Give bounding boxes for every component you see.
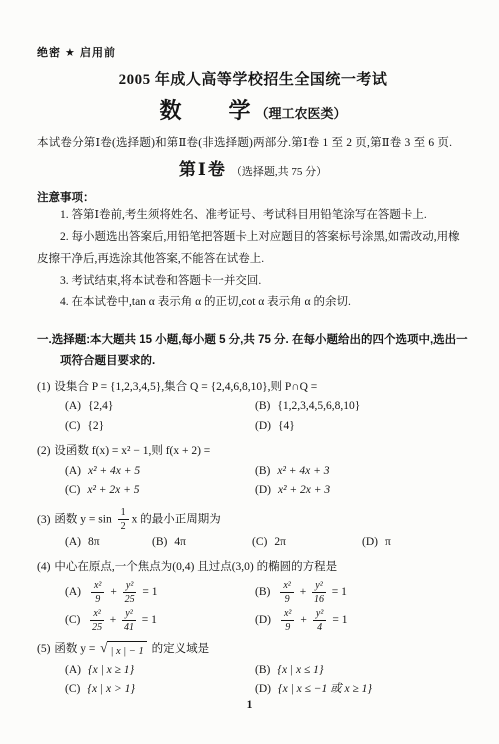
option-label: (C): [65, 611, 80, 631]
square-root: √| x | − 1: [100, 641, 146, 661]
question-5-options-row-1: (A) {x | x ≥ 1} (B) {x | x ≤ 1}: [37, 661, 469, 681]
question-1-stem: (1)设集合 P = {1,2,3,4,5},集合 Q = {2,4,6,8,1…: [37, 378, 469, 398]
equals-one: = 1: [332, 583, 347, 603]
option-b: (B) x² + 4x + 3: [255, 462, 469, 482]
option-c: (C) x²25 + y²41 = 1: [65, 608, 255, 634]
paper-structure-note: 本试卷分第Ⅰ卷(选择题)和第Ⅱ卷(非选择题)两部分.第Ⅰ卷 1 至 2 页,第Ⅱ…: [37, 134, 469, 150]
equals-one: = 1: [142, 611, 157, 631]
volume-subtitle: （选择题,共 75 分）: [231, 166, 327, 178]
question-text-post: x 的最小正周期为: [132, 514, 221, 526]
option-text: {1,2,3,4,5,6,8,10}: [277, 397, 360, 417]
fraction-numerator: y²: [123, 580, 136, 594]
subject-category: （理工农医类）: [256, 106, 347, 121]
question-text: 设函数 f(x) = x² − 1,则 f(x + 2) =: [54, 445, 210, 457]
volume-title: 第Ⅰ卷: [179, 160, 227, 179]
option-a: (A) x²9 + y²25 = 1: [65, 580, 255, 606]
fraction-denominator: 9: [280, 593, 293, 606]
question-text-post: 的定义域是: [152, 643, 210, 655]
question-4-options-row-1: (A) x²9 + y²25 = 1 (B) x²9 + y²16 = 1: [37, 580, 469, 606]
equals-one: = 1: [142, 583, 157, 603]
fraction-denominator: 41: [122, 621, 135, 634]
subject-line: 数 学 （理工农医类）: [37, 94, 469, 125]
radicand: | x | − 1: [107, 641, 146, 661]
option-b: (B) {1,2,3,4,5,6,8,10}: [255, 397, 469, 417]
fraction-denominator: 4: [313, 621, 326, 634]
option-text: 4π: [174, 533, 186, 553]
classification-banner: 绝密 ★ 启用前: [37, 44, 469, 60]
fraction: x²9: [280, 580, 293, 606]
exam-title: 2005 年成人高等学校招生全国统一考试: [37, 68, 469, 89]
option-label: (D): [255, 417, 271, 437]
question-3-stem: (3)函数 y = sin 12x 的最小正周期为: [37, 507, 469, 533]
question-5-stem: (5)函数 y = √| x | − 1 的定义域是: [37, 640, 469, 661]
question-1: (1)设集合 P = {1,2,3,4,5},集合 Q = {2,4,6,8,1…: [37, 378, 469, 437]
option-b: (B) x²9 + y²16 = 1: [255, 580, 469, 606]
question-4-stem: (4)中心在原点,一个焦点为(0,4) 且过点(3,0) 的椭圆的方程是: [37, 558, 469, 578]
volume-title-line: 第Ⅰ卷 （选择题,共 75 分）: [37, 155, 469, 180]
radical-sign: √: [100, 641, 107, 655]
page-number: 1: [0, 699, 499, 711]
option-text: 2π: [274, 533, 286, 553]
option-text: {2}: [87, 417, 104, 437]
plus-sign: +: [300, 611, 307, 631]
option-text: {2,4}: [88, 397, 113, 417]
fraction: x²25: [90, 608, 103, 634]
option-label: (A): [65, 661, 81, 681]
option-text: x² + 4x + 5: [88, 462, 140, 482]
question-text-pre: 函数 y =: [54, 643, 95, 655]
equals-one: = 1: [332, 611, 347, 631]
plus-sign: +: [300, 583, 307, 603]
option-text: x² + 4x + 3: [277, 462, 329, 482]
option-label: (B): [255, 661, 270, 681]
option-label: (C): [65, 680, 80, 700]
question-text: 中心在原点,一个焦点为(0,4) 且过点(3,0) 的椭圆的方程是: [54, 561, 337, 573]
question-5-options-row-2: (C) {x | x > 1} (D) {x | x ≤ −1 或 x ≥ 1}: [37, 680, 469, 700]
notice-item-4: 4. 在本试卷中,tan α 表示角 α 的正切,cot α 表示角 α 的余切…: [37, 292, 469, 314]
option-text: x² + 2x + 5: [87, 481, 139, 501]
option-a: (A) x² + 4x + 5: [65, 462, 255, 482]
fraction: 12: [118, 507, 129, 533]
option-label: (A): [65, 462, 81, 482]
fraction-numerator: 1: [118, 507, 129, 521]
exam-paper-page: 绝密 ★ 启用前 2005 年成人高等学校招生全国统一考试 数 学 （理工农医类…: [0, 0, 499, 744]
option-text: {x | x > 1}: [87, 680, 135, 700]
option-label: (D): [362, 533, 378, 553]
option-text: x² + 2x + 3: [278, 481, 330, 501]
option-text: {x | x ≥ 1}: [88, 661, 134, 681]
question-2-stem: (2)设函数 f(x) = x² − 1,则 f(x + 2) =: [37, 442, 469, 462]
fraction-numerator: y²: [312, 580, 325, 594]
question-2-options-row-1: (A) x² + 4x + 5 (B) x² + 4x + 3: [37, 462, 469, 482]
fraction-numerator: x²: [90, 608, 103, 622]
fraction: y²4: [313, 608, 326, 634]
option-c: (C) {x | x > 1}: [65, 680, 255, 700]
option-b: (B) {x | x ≤ 1}: [255, 661, 469, 681]
option-label: (D): [255, 680, 271, 700]
option-text: π: [385, 533, 391, 553]
question-text: 设集合 P = {1,2,3,4,5},集合 Q = {2,4,6,8,10},…: [54, 381, 317, 393]
option-label: (B): [255, 462, 270, 482]
option-d: (D) {4}: [255, 417, 469, 437]
question-1-options-row-2: (C) {2} (D) {4}: [37, 417, 469, 437]
fraction-numerator: y²: [313, 608, 326, 622]
question-2: (2)设函数 f(x) = x² − 1,则 f(x + 2) = (A) x²…: [37, 442, 469, 501]
option-a: (A) {x | x ≥ 1}: [65, 661, 255, 681]
option-c: (C) {2}: [65, 417, 255, 437]
notice-item-1: 1. 答第Ⅰ卷前,考生须将姓名、准考证号、考试科目用铅笔涂写在答题卡上.: [37, 205, 469, 227]
option-label: (C): [65, 481, 80, 501]
fraction: y²41: [122, 608, 135, 634]
option-d: (D) x²9 + y²4 = 1: [255, 608, 469, 634]
subject-name: 数 学: [159, 98, 251, 123]
option-d: (D) π: [362, 533, 469, 553]
option-text: {x | x ≤ 1}: [277, 661, 323, 681]
question-number: (4): [37, 561, 50, 573]
option-label: (A): [65, 533, 81, 553]
option-text: 8π: [88, 533, 100, 553]
question-number: (3): [37, 514, 50, 526]
option-text: {4}: [278, 417, 295, 437]
option-label: (B): [255, 583, 270, 603]
question-number: (2): [37, 445, 50, 457]
fraction-denominator: 9: [281, 621, 294, 634]
fraction-denominator: 25: [90, 621, 103, 634]
fraction: x²9: [91, 580, 104, 606]
option-label: (B): [152, 533, 167, 553]
question-1-options-row-1: (A) {2,4} (B) {1,2,3,4,5,6,8,10}: [37, 397, 469, 417]
option-d: (D) x² + 2x + 3: [255, 481, 469, 501]
fraction-numerator: y²: [122, 608, 135, 622]
question-text-pre: 函数 y = sin: [54, 514, 111, 526]
option-label: (D): [255, 481, 271, 501]
question-4: (4)中心在原点,一个焦点为(0,4) 且过点(3,0) 的椭圆的方程是 (A)…: [37, 558, 469, 634]
fraction: x²9: [281, 608, 294, 634]
fraction-numerator: x²: [280, 580, 293, 594]
question-4-options-row-2: (C) x²25 + y²41 = 1 (D) x²9 + y²4 = 1: [37, 608, 469, 634]
question-3: (3)函数 y = sin 12x 的最小正周期为 (A) 8π (B) 4π …: [37, 507, 469, 553]
fraction: y²16: [312, 580, 325, 606]
plus-sign: +: [110, 611, 117, 631]
question-2-options-row-2: (C) x² + 2x + 5 (D) x² + 2x + 3: [37, 481, 469, 501]
option-label: (C): [252, 533, 267, 553]
option-label: (A): [65, 397, 81, 417]
option-a: (A) {2,4}: [65, 397, 255, 417]
notice-heading: 注意事项：: [37, 189, 469, 205]
question-number: (5): [37, 643, 50, 655]
question-3-options-row: (A) 8π (B) 4π (C) 2π (D) π: [37, 533, 469, 553]
fraction-denominator: 2: [118, 520, 129, 533]
plus-sign: +: [110, 583, 117, 603]
option-label: (B): [255, 397, 270, 417]
notice-item-3: 3. 考试结束,将本试卷和答题卡一并交回.: [37, 271, 469, 293]
option-c: (C) x² + 2x + 5: [65, 481, 255, 501]
question-5: (5)函数 y = √| x | − 1 的定义域是 (A) {x | x ≥ …: [37, 640, 469, 700]
fraction-denominator: 16: [312, 593, 325, 606]
fraction: y²25: [123, 580, 136, 606]
question-number: (1): [37, 381, 50, 393]
option-label: (C): [65, 417, 80, 437]
option-c: (C) 2π: [252, 533, 362, 553]
fraction-denominator: 9: [91, 593, 104, 606]
fraction-numerator: x²: [91, 580, 104, 594]
section-heading: 一.选择题:本大题共 15 小题,每小题 5 分,共 75 分. 在每小题给出的…: [37, 330, 469, 371]
option-d: (D) {x | x ≤ −1 或 x ≥ 1}: [255, 680, 469, 700]
option-label: (A): [65, 583, 81, 603]
option-a: (A) 8π: [65, 533, 152, 553]
fraction-numerator: x²: [281, 608, 294, 622]
option-label: (D): [255, 611, 271, 631]
option-b: (B) 4π: [152, 533, 252, 553]
option-text: {x | x ≤ −1 或 x ≥ 1}: [278, 680, 372, 700]
fraction-denominator: 25: [123, 593, 136, 606]
notice-item-2: 2. 每小题选出答案后,用铅笔把答题卡上对应题目的答案标号涂黑,如需改动,用橡皮…: [37, 227, 469, 271]
